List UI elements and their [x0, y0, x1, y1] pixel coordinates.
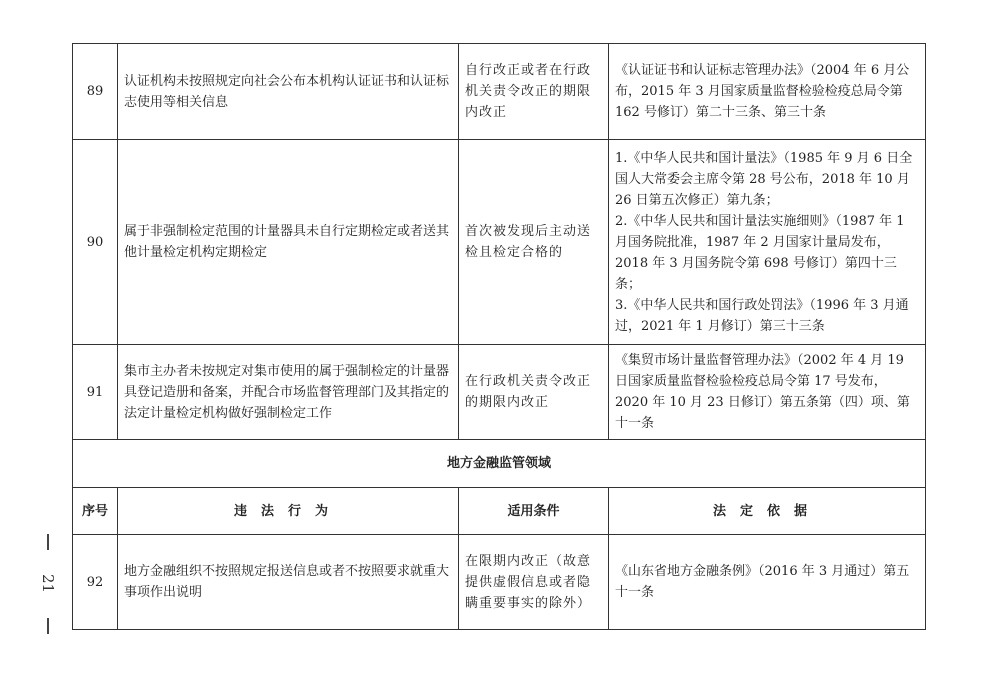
legal-basis-item: 3.《中华人民共和国行政处罚法》（1996 年 3 月通过，2021 年 1 月… — [615, 295, 919, 337]
violation-text: 集市主办者未按规定对集市使用的属于强制检定的计量器具登记造册和备案，并配合市场监… — [118, 345, 459, 440]
violation-text: 地方金融组织不按照规定报送信息或者不按照要求就重大事项作出说明 — [118, 535, 459, 630]
legal-basis: 《山东省地方金融条例》（2016 年 3 月通过）第五十一条 — [609, 535, 926, 630]
legal-basis-item: 2.《中华人民共和国计量法实施细则》（1987 年 1 月国务院批准，1987 … — [615, 211, 919, 295]
table-row: 91 集市主办者未按规定对集市使用的属于强制检定的计量器具登记造册和备案，并配合… — [73, 345, 926, 440]
row-number: 90 — [73, 140, 118, 345]
legal-basis: 《集贸市场计量监督管理办法》（2002 年 4 月 19 日国家质量监督检验检疫… — [609, 345, 926, 440]
violation-table: 89 认证机构未按照规定向社会公布本机构认证证书和认证标志使用等相关信息 自行改… — [72, 43, 926, 630]
condition-text: 首次被发现后主动送检且检定合格的 — [459, 140, 609, 345]
condition-text: 在行政机关责令改正的期限内改正 — [459, 345, 609, 440]
table-row: 92 地方金融组织不按照规定报送信息或者不按照要求就重大事项作出说明 在限期内改… — [73, 535, 926, 630]
condition-text: 在限期内改正（故意提供虚假信息或者隐瞒重要事实的除外） — [459, 535, 609, 630]
header-condition: 适用条件 — [459, 488, 609, 535]
header-no: 序号 — [73, 488, 118, 535]
row-number: 91 — [73, 345, 118, 440]
legal-basis-item: 《山东省地方金融条例》（2016 年 3 月通过）第五十一条 — [615, 561, 919, 603]
table-row: 90 属于非强制检定范围的计量器具未自行定期检定或者送其他计量检定机构定期检定 … — [73, 140, 926, 345]
table-row: 89 认证机构未按照规定向社会公布本机构认证证书和认证标志使用等相关信息 自行改… — [73, 44, 926, 140]
page-number-dash-top — [47, 534, 49, 550]
violation-text: 认证机构未按照规定向社会公布本机构认证证书和认证标志使用等相关信息 — [118, 44, 459, 140]
section-title: 地方金融监管领域 — [73, 440, 926, 488]
legal-basis-item: 1.《中华人民共和国计量法》（1985 年 9 月 6 日全国人大常委会主席令第… — [615, 148, 919, 211]
row-number: 89 — [73, 44, 118, 140]
legal-basis-item: 《认证证书和认证标志管理办法》（2004 年 6 月公布，2015 年 3 月国… — [615, 60, 919, 123]
row-number: 92 — [73, 535, 118, 630]
legal-basis-item: 《集贸市场计量监督管理办法》（2002 年 4 月 19 日国家质量监督检验检疫… — [615, 350, 919, 434]
condition-text: 自行改正或者在行政机关责令改正的期限内改正 — [459, 44, 609, 140]
page-number-text: 21 — [39, 574, 57, 593]
page-number: 21 — [36, 534, 60, 634]
header-violation: 违法行为 — [118, 488, 459, 535]
page-number-dash-bottom — [47, 618, 49, 634]
header-basis: 法定依据 — [609, 488, 926, 535]
violation-text: 属于非强制检定范围的计量器具未自行定期检定或者送其他计量检定机构定期检定 — [118, 140, 459, 345]
legal-basis: 《认证证书和认证标志管理办法》（2004 年 6 月公布，2015 年 3 月国… — [609, 44, 926, 140]
header-row: 序号 违法行为 适用条件 法定依据 — [73, 488, 926, 535]
section-row: 地方金融监管领域 — [73, 440, 926, 488]
legal-basis: 1.《中华人民共和国计量法》（1985 年 9 月 6 日全国人大常委会主席令第… — [609, 140, 926, 345]
